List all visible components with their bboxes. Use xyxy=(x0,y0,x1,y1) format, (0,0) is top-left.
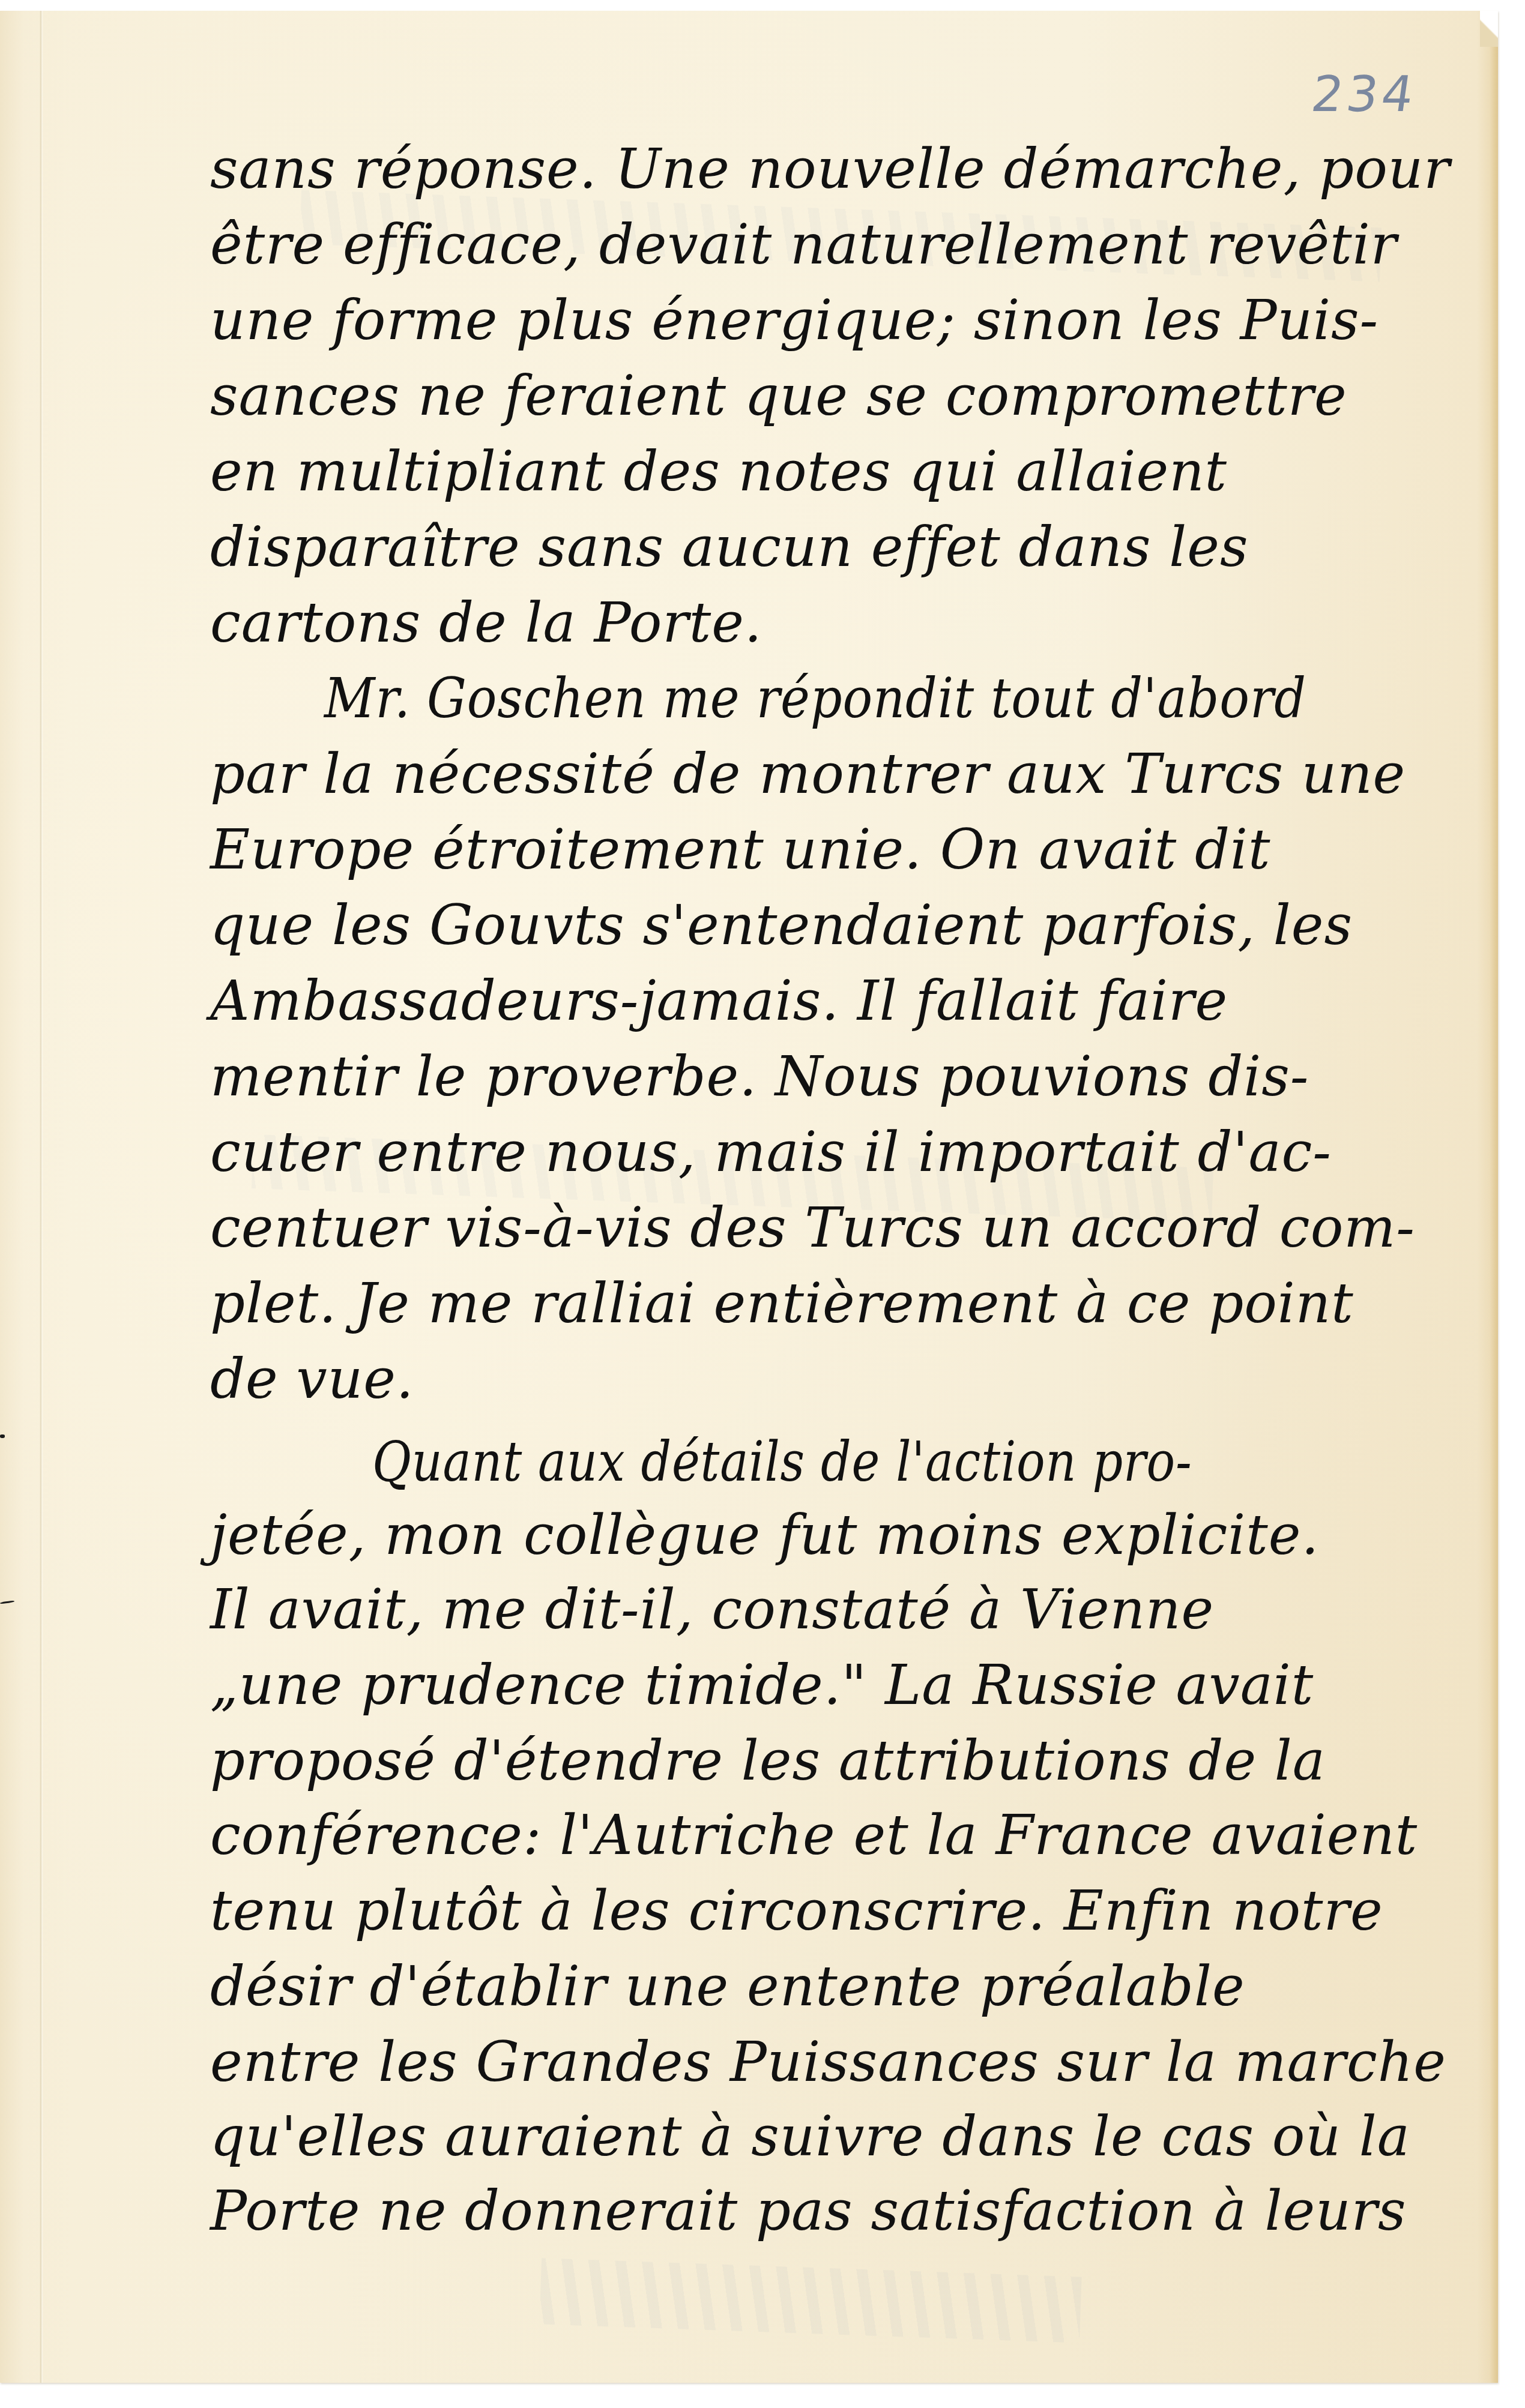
manuscript-line: Europe étroitement unie. On avait dit xyxy=(210,822,1477,877)
manuscript-line: jetée, mon collègue fut moins explicite. xyxy=(210,1508,1477,1563)
manuscript-page: 234 sans réponse. Une nouvelle démarche,… xyxy=(0,11,1498,2383)
manuscript-line: plet. Je me ralliai entièrement à ce poi… xyxy=(210,1276,1477,1331)
page-number: 234 xyxy=(1308,66,1421,123)
manuscript-line: cuter entre nous, mais il importait d'ac… xyxy=(210,1125,1477,1180)
manuscript-line: en multipliant des notes qui allaient xyxy=(210,444,1477,499)
manuscript-line: désir d'établir une entente préalable xyxy=(210,1959,1477,2014)
manuscript-line: proposé d'étendre les attributions de la xyxy=(210,1733,1477,1789)
manuscript-line: centuer vis-à-vis des Turcs un accord co… xyxy=(210,1200,1477,1256)
manuscript-line: que les Gouvts s'entendaient parfois, le… xyxy=(210,898,1477,953)
manuscript-line: Porte ne donnerait pas satisfaction à le… xyxy=(210,2184,1477,2239)
manuscript-line: être efficace, devait naturellement revê… xyxy=(210,217,1477,272)
bleed-through-shadow xyxy=(539,2258,1081,2343)
manuscript-line: par la nécessité de montrer aux Turcs un… xyxy=(210,747,1477,802)
manuscript-line: sances ne feraient que se compromettre xyxy=(210,369,1477,424)
manuscript-line: entre les Grandes Puissances sur la marc… xyxy=(210,2035,1477,2090)
manuscript-line: mentir le proverbe. Nous pouvions dis- xyxy=(210,1049,1477,1104)
manuscript-line: Il avait, me dit-il, constaté à Vienne xyxy=(210,1582,1477,1637)
page-fold-crease xyxy=(40,11,43,2383)
page-corner-fold xyxy=(1480,11,1498,47)
manuscript-line: Quant aux détails de l'action pro- xyxy=(372,1434,1477,1490)
manuscript-line: cartons de la Porte. xyxy=(210,595,1477,651)
manuscript-line: sans réponse. Une nouvelle démarche, pou… xyxy=(210,142,1477,197)
manuscript-line: disparaître sans aucun effet dans les xyxy=(210,520,1477,575)
manuscript-line: Mr. Goschen me répondit tout d'abord xyxy=(324,671,1477,726)
manuscript-line: de vue. xyxy=(210,1352,1477,1407)
manuscript-line: qu'elles auraient à suivre dans le cas o… xyxy=(210,2109,1477,2164)
manuscript-line: Ambassadeurs-jamais. Il fallait faire xyxy=(210,974,1477,1029)
margin-ink-mark xyxy=(0,1600,14,1604)
manuscript-line: conférence: l'Autriche et la France avai… xyxy=(210,1808,1477,1863)
page-edge-stain xyxy=(1490,11,1498,2383)
margin-ink-mark xyxy=(0,1434,5,1438)
manuscript-line: tenu plutôt à les circonscrire. Enfin no… xyxy=(210,1883,1477,1939)
manuscript-line: „une prudence timide." La Russie avait xyxy=(210,1658,1477,1713)
manuscript-line: une forme plus énergique; sinon les Puis… xyxy=(210,293,1477,348)
